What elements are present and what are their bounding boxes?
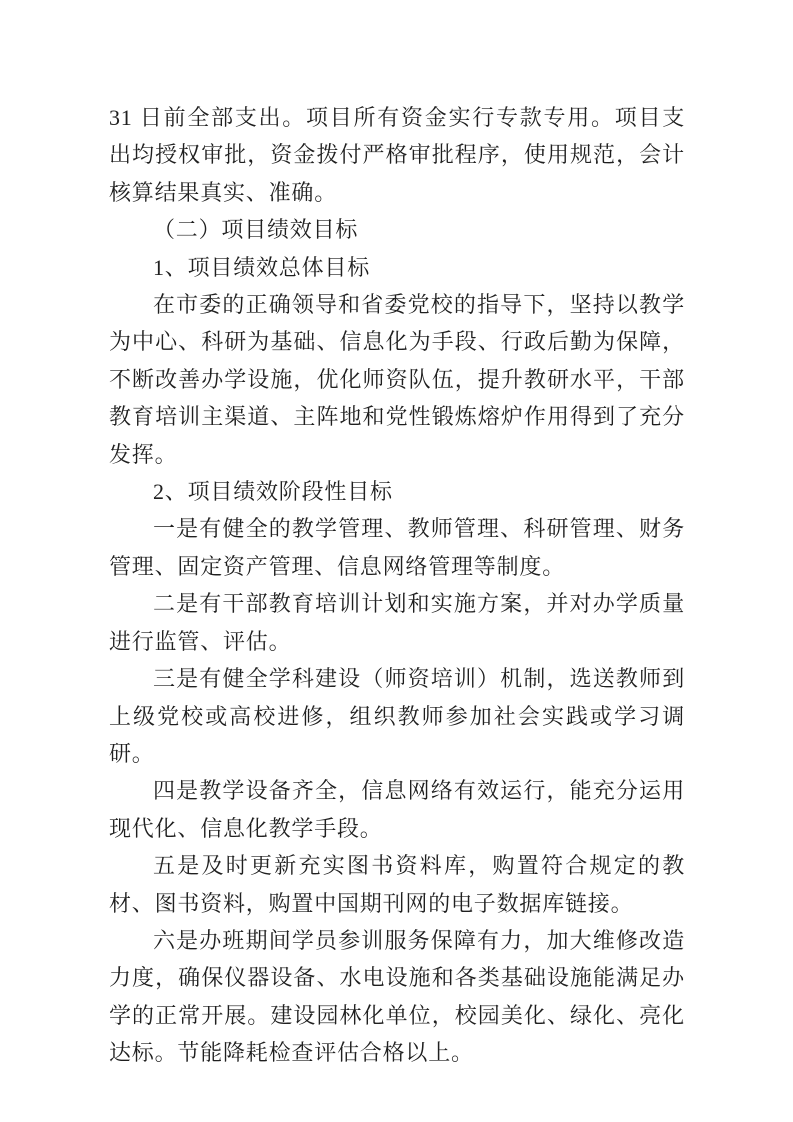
document-body: 31 日前全部支出。项目所有资金实行专款专用。项目支出均授权审批，资金拨付严格审… xyxy=(109,99,685,1072)
paragraph: 三是有健全学科建设（师资培训）机制，选送教师到上级党校或高校进修，组织教师参加社… xyxy=(109,660,685,772)
paragraph: 六是办班期间学员参训服务保障有力，加大维修改造力度，确保仪器设备、水电设施和各类… xyxy=(109,922,685,1072)
paragraph: 在市委的正确领导和省委党校的指导下，坚持以教学为中心、科研为基础、信息化为手段、… xyxy=(109,286,685,473)
paragraph: 31 日前全部支出。项目所有资金实行专款专用。项目支出均授权审批，资金拨付严格审… xyxy=(109,99,685,211)
paragraph: 一是有健全的教学管理、教师管理、科研管理、财务管理、固定资产管理、信息网络管理等… xyxy=(109,510,685,585)
paragraph: 四是教学设备齐全，信息网络有效运行，能充分运用现代化、信息化教学手段。 xyxy=(109,772,685,847)
sub-heading: 1、项目绩效总体目标 xyxy=(109,249,685,286)
sub-heading: 2、项目绩效阶段性目标 xyxy=(109,473,685,510)
document-page: 31 日前全部支出。项目所有资金实行专款专用。项目支出均授权审批，资金拨付严格审… xyxy=(0,0,793,1122)
paragraph: 二是有干部教育培训计划和实施方案，并对办学质量进行监管、评估。 xyxy=(109,585,685,660)
paragraph: 五是及时更新充实图书资料库，购置符合规定的教材、图书资料，购置中国期刊网的电子数… xyxy=(109,847,685,922)
section-heading: （二）项目绩效目标 xyxy=(109,211,685,248)
